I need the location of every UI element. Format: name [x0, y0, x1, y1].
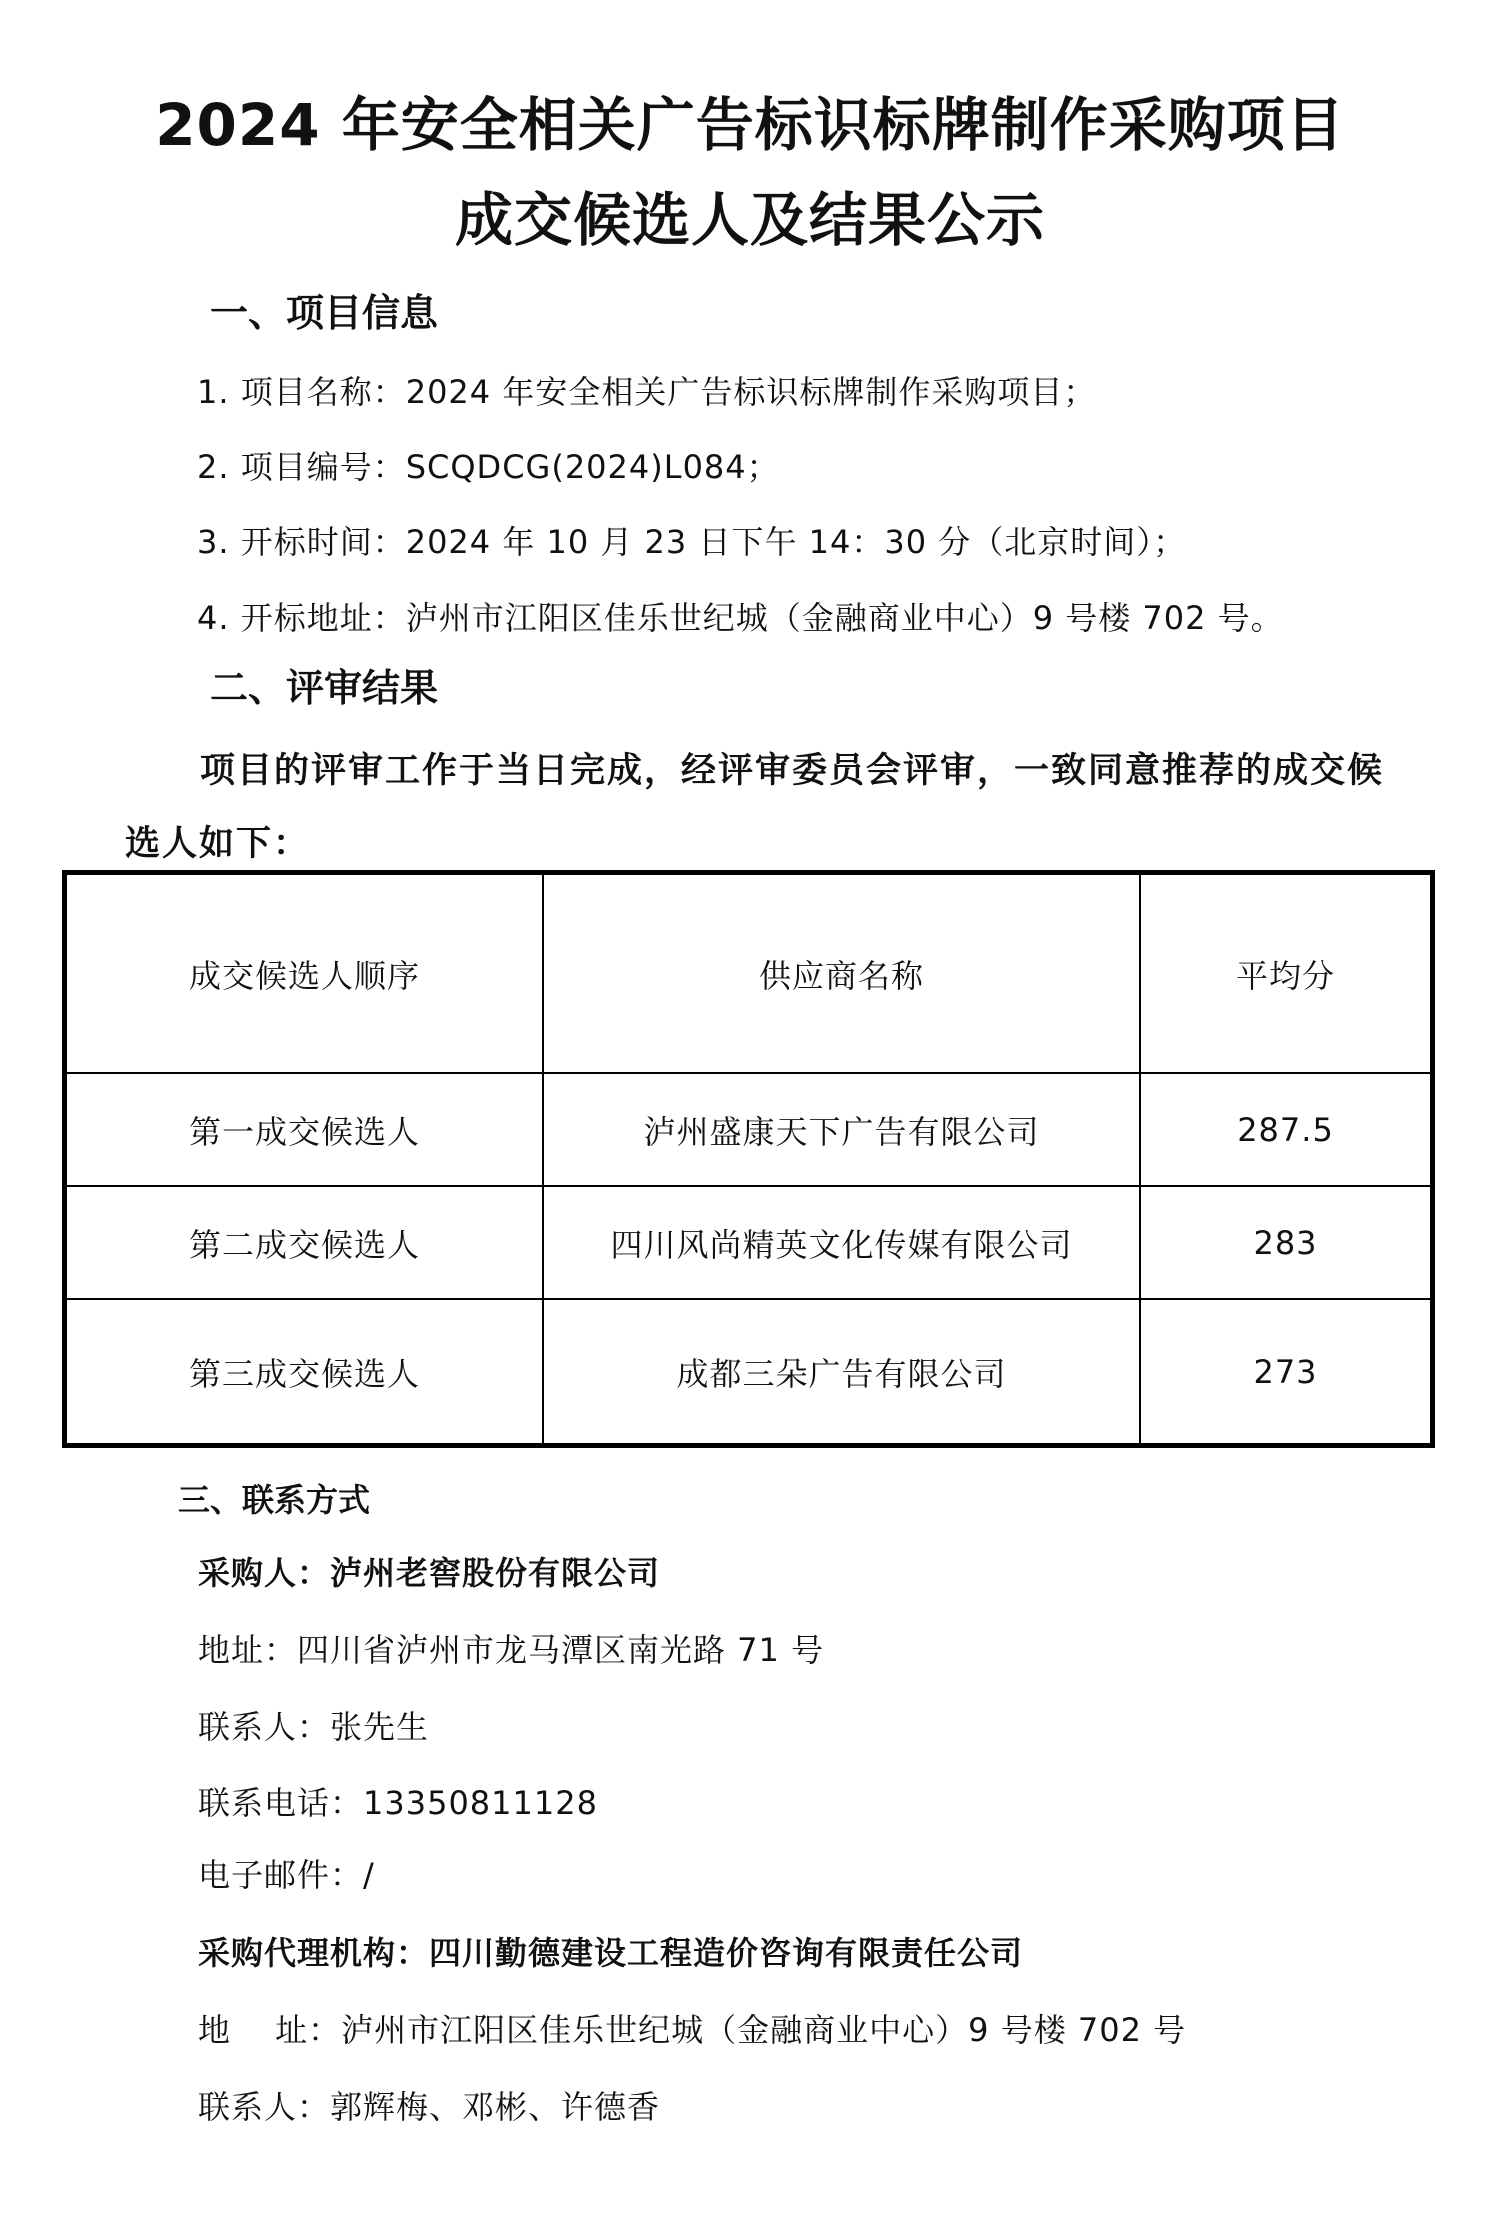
section-heading-contact: 三、联系方式	[178, 1484, 370, 1516]
table-cell-supplier: 泸州盛康天下广告有限公司	[543, 1073, 1140, 1186]
section-heading-project-info: 一、项目信息	[210, 294, 438, 332]
agency-name: 采购代理机构：四川勤德建设工程造价咨询有限责任公司	[198, 1937, 1023, 1969]
section-heading-review-result: 二、评审结果	[210, 669, 438, 707]
info-item-project-number: 2. 项目编号：SCQDCG(2024)L084；	[197, 451, 780, 483]
table-cell-score: 273	[1140, 1299, 1430, 1443]
table-cell-score: 287.5	[1140, 1073, 1430, 1186]
review-paragraph-line1: 项目的评审工作于当日完成，经评审委员会评审，一致同意推荐的成交候	[200, 754, 1384, 789]
purchaser-email: 电子邮件：/	[198, 1859, 375, 1891]
candidates-table: 成交候选人顺序 供应商名称 平均分 第一成交候选人 泸州盛康天下广告有限公司 2…	[62, 870, 1435, 1448]
info-item-project-name: 1. 项目名称：2024 年安全相关广告标识标牌制作采购项目；	[197, 376, 1096, 408]
table-cell-rank: 第三成交候选人	[67, 1299, 543, 1443]
table-header-supplier: 供应商名称	[543, 875, 1140, 1073]
table-row: 第三成交候选人 成都三朵广告有限公司 273	[67, 1299, 1430, 1443]
agency-contact: 联系人：郭辉梅、邓彬、许德香	[198, 2091, 660, 2123]
table-header-row: 成交候选人顺序 供应商名称 平均分	[67, 875, 1430, 1073]
review-paragraph-line2: 选人如下：	[125, 827, 310, 862]
table-row: 第二成交候选人 四川风尚精英文化传媒有限公司 283	[67, 1186, 1430, 1299]
table-cell-rank: 第二成交候选人	[67, 1186, 543, 1299]
page-title-line2: 成交候选人及结果公示	[0, 191, 1500, 249]
table-header-avg-score: 平均分	[1140, 875, 1430, 1073]
table-row: 第一成交候选人 泸州盛康天下广告有限公司 287.5	[67, 1073, 1430, 1186]
agency-address: 地 址：泸州市江阳区佳乐世纪城（金融商业中心）9 号楼 702 号	[198, 2014, 1186, 2046]
page-title-line1: 2024 年安全相关广告标识标牌制作采购项目	[0, 96, 1500, 154]
table-cell-supplier: 四川风尚精英文化传媒有限公司	[543, 1186, 1140, 1299]
purchaser-contact: 联系人：张先生	[198, 1711, 429, 1743]
table-cell-score: 283	[1140, 1186, 1430, 1299]
table-cell-rank: 第一成交候选人	[67, 1073, 543, 1186]
info-item-opening-time: 3. 开标时间：2024 年 10 月 23 日下午 14：30 分（北京时间）…	[197, 526, 1186, 558]
purchaser-name: 采购人：泸州老窖股份有限公司	[198, 1557, 660, 1589]
table-cell-supplier: 成都三朵广告有限公司	[543, 1299, 1140, 1443]
purchaser-address: 地址：四川省泸州市龙马潭区南光路 71 号	[198, 1634, 824, 1666]
purchaser-phone: 联系电话：13350811128	[198, 1787, 598, 1819]
info-item-opening-address: 4. 开标地址：泸州市江阳区佳乐世纪城（金融商业中心）9 号楼 702 号。	[197, 602, 1284, 634]
table-header-rank: 成交候选人顺序	[67, 875, 543, 1073]
